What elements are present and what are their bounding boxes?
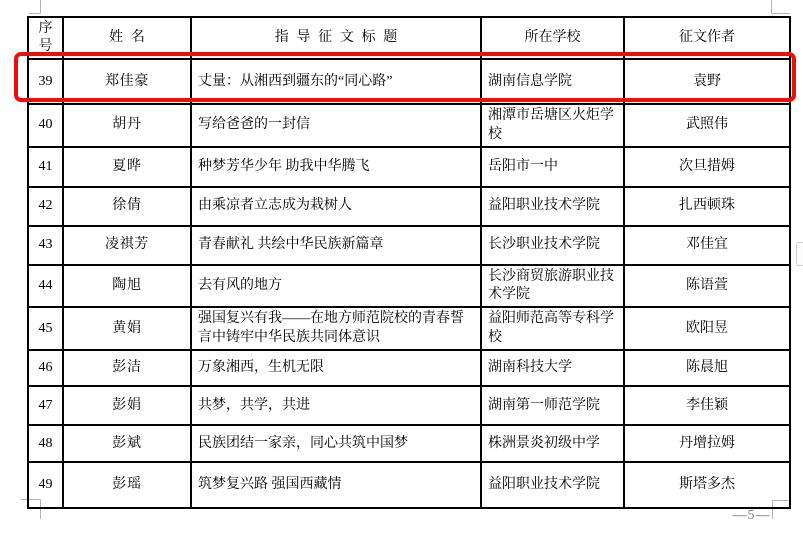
- margin-mark-top-left: [29, 13, 41, 14]
- cell-author: 扎西顿珠: [624, 187, 790, 226]
- cell-school: 益阳职业技术学院: [481, 187, 624, 226]
- cell-title: 共梦，共学，共进: [191, 386, 481, 425]
- cell-author: 欧阳昱: [624, 307, 790, 350]
- cell-no: 47: [28, 386, 63, 425]
- header-author: 征文作者: [624, 17, 790, 59]
- table-row: 48 彭斌 民族团结一家亲，同心共筑中国梦 株洲景炎初级中学 丹增拉姆: [28, 425, 790, 462]
- margin-mark-top-right: [771, 0, 772, 14]
- cell-title: 去有风的地方: [191, 265, 481, 307]
- cell-school: 湖南科技大学: [481, 350, 624, 386]
- cell-author: 袁野: [624, 59, 790, 104]
- cell-name: 彭瑶: [63, 462, 191, 508]
- table-row: 41 夏晔 种梦芳华少年 助我中华腾飞 岳阳市一中 次旦措姆: [28, 147, 790, 187]
- cell-no: 49: [28, 462, 63, 508]
- document-page: 序号 姓名 指导征文标题 所在学校 征文作者 39 郑佳豪 丈量：从湘西到疆东的…: [0, 0, 803, 539]
- cell-title: 民族团结一家亲，同心共筑中国梦: [191, 425, 481, 462]
- cell-school: 长沙商贸旅游职业技术学院: [481, 265, 624, 307]
- page-edge-widget: [796, 242, 803, 266]
- cell-title: 青春献礼 共绘中华民族新篇章: [191, 226, 481, 265]
- cell-name: 徐倩: [63, 187, 191, 226]
- cell-author: 武照伟: [624, 104, 790, 146]
- cell-title: 种梦芳华少年 助我中华腾飞: [191, 147, 481, 187]
- cell-school: 湖南信息学院: [481, 59, 624, 104]
- cell-name: 彭洁: [63, 350, 191, 386]
- cell-no: 42: [28, 187, 63, 226]
- cell-school: 长沙职业技术学院: [481, 226, 624, 265]
- cell-school: 湘潭市岳塘区火炬学校: [481, 104, 624, 146]
- cell-author: 陈晨旭: [624, 350, 790, 386]
- cell-name: 黄娟: [63, 307, 191, 350]
- cell-author: 陈语萱: [624, 265, 790, 307]
- cell-author: 丹增拉姆: [624, 425, 790, 462]
- cell-no: 43: [28, 226, 63, 265]
- cell-school: 株洲景炎初级中学: [481, 425, 624, 462]
- page-number-dash: —: [733, 508, 747, 523]
- cell-author: 次旦措姆: [624, 147, 790, 187]
- table-row: 45 黄娟 强国复兴有我——在地方师范院校的青春誓言中铸牢中华民族共同体意识 益…: [28, 307, 790, 350]
- table-row: 40 胡丹 写给爸爸的一封信 湘潭市岳塘区火炬学校 武照伟: [28, 104, 790, 146]
- cell-no: 44: [28, 265, 63, 307]
- cell-name: 彭斌: [63, 425, 191, 462]
- cell-title: 筑梦复兴路 强国西藏情: [191, 462, 481, 508]
- cell-no: 48: [28, 425, 63, 462]
- page-number: —5—: [729, 508, 773, 524]
- cell-school: 湖南第一师范学院: [481, 386, 624, 425]
- cell-author: 斯塔多杰: [624, 462, 790, 508]
- cell-school: 益阳师范高等专科学校: [481, 307, 624, 350]
- header-title: 指导征文标题: [191, 17, 481, 59]
- header-no: 序号: [28, 17, 63, 59]
- cell-school: 益阳职业技术学院: [481, 462, 624, 508]
- header-name: 姓名: [63, 17, 191, 59]
- table-row: 49 彭瑶 筑梦复兴路 强国西藏情 益阳职业技术学院 斯塔多杰: [28, 462, 790, 508]
- cell-no: 45: [28, 307, 63, 350]
- margin-mark-top-left: [40, 0, 41, 14]
- cell-school: 岳阳市一中: [481, 147, 624, 187]
- cell-no: 40: [28, 104, 63, 146]
- awards-table: 序号 姓名 指导征文标题 所在学校 征文作者 39 郑佳豪 丈量：从湘西到疆东的…: [27, 16, 791, 509]
- cell-title: 强国复兴有我——在地方师范院校的青春誓言中铸牢中华民族共同体意识: [191, 307, 481, 350]
- cell-no: 46: [28, 350, 63, 386]
- table-row: 43 凌祺芳 青春献礼 共绘中华民族新篇章 长沙职业技术学院 邓佳宜: [28, 226, 790, 265]
- cell-title: 写给爸爸的一封信: [191, 104, 481, 146]
- table-header-row: 序号 姓名 指导征文标题 所在学校 征文作者: [28, 17, 790, 59]
- table-row: 47 彭娟 共梦，共学，共进 湖南第一师范学院 李佳颖: [28, 386, 790, 425]
- table-row: 46 彭洁 万象湘西，生机无限 湖南科技大学 陈晨旭: [28, 350, 790, 386]
- cell-author: 邓佳宜: [624, 226, 790, 265]
- cell-name: 陶旭: [63, 265, 191, 307]
- table-row: 44 陶旭 去有风的地方 长沙商贸旅游职业技术学院 陈语萱: [28, 265, 790, 307]
- page-number-value: 5: [747, 508, 756, 523]
- cell-name: 胡丹: [63, 104, 191, 146]
- cell-no: 41: [28, 147, 63, 187]
- cell-author: 李佳颖: [624, 386, 790, 425]
- table-row: 42 徐倩 由乘凉者立志成为栽树人 益阳职业技术学院 扎西顿珠: [28, 187, 790, 226]
- cell-title: 由乘凉者立志成为栽树人: [191, 187, 481, 226]
- cell-title: 丈量：从湘西到疆东的“同心路”: [191, 59, 481, 104]
- table-row: 39 郑佳豪 丈量：从湘西到疆东的“同心路” 湖南信息学院 袁野: [28, 59, 790, 104]
- cell-name: 夏晔: [63, 147, 191, 187]
- margin-mark-top-right: [771, 13, 790, 14]
- cell-no: 39: [28, 59, 63, 104]
- header-school: 所在学校: [481, 17, 624, 59]
- cell-name: 彭娟: [63, 386, 191, 425]
- page-number-dash: —: [756, 508, 770, 523]
- cell-name: 郑佳豪: [63, 59, 191, 104]
- cell-name: 凌祺芳: [63, 226, 191, 265]
- cell-title: 万象湘西，生机无限: [191, 350, 481, 386]
